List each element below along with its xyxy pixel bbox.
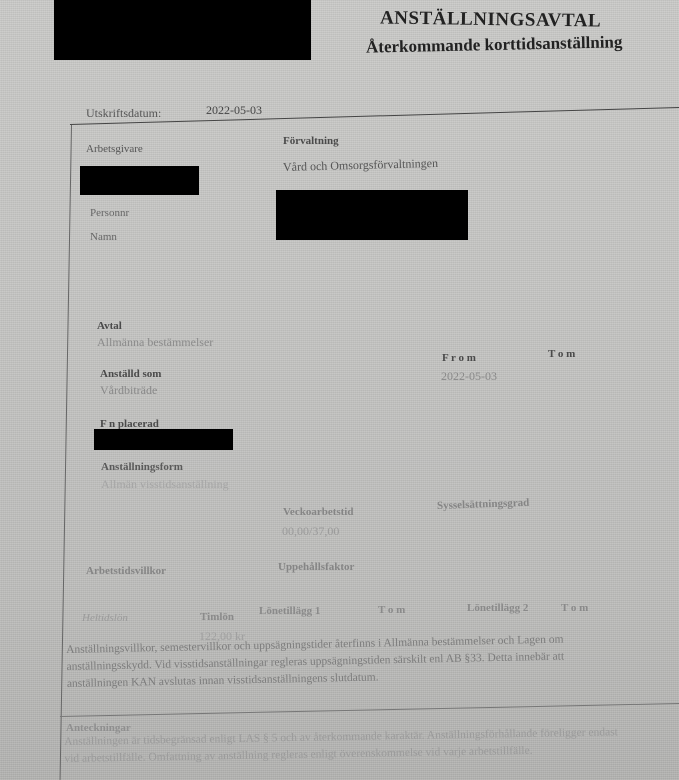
document-subtitle: Återkommande korttidsanställning — [366, 32, 623, 57]
terms-text: Anställningsvillkor, semestervillkor och… — [66, 630, 627, 693]
monthly-pay-label: Heltidslön — [82, 612, 128, 624]
occupancy-label: Sysselsättningsgrad — [437, 497, 530, 512]
employer-redacted — [80, 166, 199, 195]
supplement1-to-label: T o m — [378, 604, 405, 616]
supplement2-to-label: T o m — [561, 602, 588, 614]
agreement-value: Allmänna bestämmelser — [97, 335, 213, 350]
administration-label: Förvaltning — [283, 135, 339, 147]
document-title: ANSTÄLLNINGSAVTAL — [380, 7, 601, 32]
employment-form-value: Allmän visstidsanställning — [101, 477, 229, 492]
period-to-label: T o m — [548, 348, 575, 360]
placement-redacted — [94, 429, 233, 450]
person-redacted — [276, 190, 468, 240]
holiday-factor-label: Uppehållsfaktor — [278, 561, 354, 573]
period-from-label: F r o m — [442, 352, 476, 364]
position-value: Vårdbiträde — [100, 383, 157, 398]
position-label: Anställd som — [100, 368, 161, 380]
supplement1-label: Lönetillägg 1 — [259, 605, 320, 617]
redacted-logo — [54, 0, 311, 60]
weekly-hours-value: 00,00/37,00 — [282, 524, 339, 539]
employer-label: Arbetsgivare — [86, 143, 143, 155]
supplement2-label: Lönetillägg 2 — [467, 602, 528, 614]
name-label: Namn — [90, 231, 117, 243]
weekly-hours-label: Veckoarbetstid — [283, 506, 353, 518]
terms-divider-line — [60, 703, 679, 717]
administration-value: Vård och Omsorgsförvaltningen — [283, 156, 438, 175]
frame-top-line — [70, 107, 679, 125]
hourly-pay-label: Timlön — [200, 611, 234, 623]
employment-form-label: Anställningsform — [101, 461, 183, 473]
agreement-label: Avtal — [97, 320, 122, 332]
notes-text: Anställningen är tidsbegränsad enligt LA… — [64, 724, 630, 768]
working-conditions-label: Arbetstidsvillkor — [86, 565, 166, 577]
print-date-label: Utskriftsdatum: — [86, 106, 161, 121]
period-from-value: 2022-05-03 — [441, 369, 497, 384]
print-date-value: 2022-05-03 — [206, 103, 262, 118]
personnr-label: Personnr — [90, 207, 129, 219]
